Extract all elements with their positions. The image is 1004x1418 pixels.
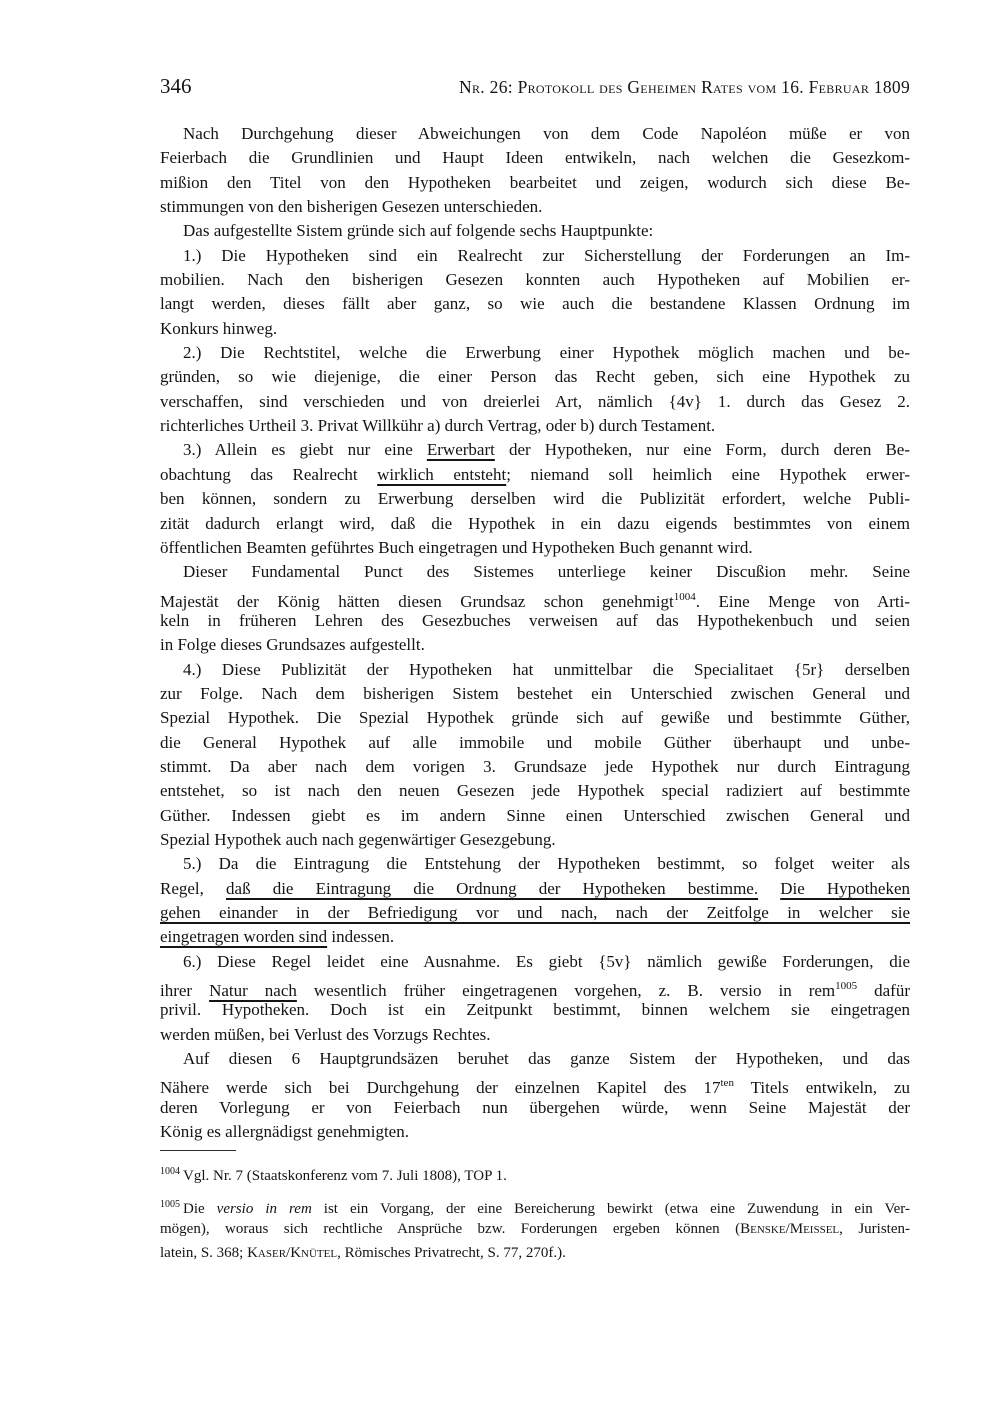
body-line: stimmungen von den bisherigen Gesezen un…	[160, 195, 910, 219]
text-segment: latein, S. 368;	[160, 1245, 247, 1261]
body-line: ben können, sondern zu Erwerbung derselb…	[160, 487, 910, 511]
body-line: Dieser Fundamental Punct des Sistemes un…	[160, 560, 910, 584]
body-line: in Folge dieses Grundsazes aufgestellt.	[160, 633, 910, 657]
book-page: 346 Nr. 26: Protokoll des Geheimen Rates…	[0, 0, 1004, 1418]
footnote-marker: 1005	[835, 980, 857, 992]
body-line: entstehet, so ist nach den neuen Gesezen…	[160, 779, 910, 803]
text-segment: obachtung das Realrecht	[160, 465, 377, 484]
text-segment: ; niemand soll heimlich eine Hypothek er…	[506, 465, 910, 484]
body-line: Regel, daß die Eintragung die Ordnung de…	[160, 877, 910, 901]
text-segment: Regel,	[160, 879, 226, 898]
text-segment: 4.) Diese Publizität der Hypotheken hat …	[183, 660, 910, 679]
text-segment: Majestät der König hätten diesen Grundsa…	[160, 592, 674, 611]
text-segment: Spezial Hypothek. Die Spezial Hypothek g…	[160, 708, 910, 727]
body-line: Feierbach die Grundlinien und Haupt Idee…	[160, 146, 910, 170]
footnote-separator	[160, 1150, 236, 1151]
body-line: gründen, so wie diejenige, die einer Per…	[160, 365, 910, 389]
text-segment: Benske	[740, 1221, 785, 1237]
underlined-text: wirklich entsteht	[377, 465, 506, 484]
text-segment: Das aufgestellte Sistem gründe sich auf …	[183, 221, 653, 240]
body-line: zur Folge. Nach dem bisherigen Sistem be…	[160, 682, 910, 706]
text-segment: 1.) Die Hypotheken sind ein Realrecht zu…	[183, 246, 910, 265]
text-segment: wesentlich früher eingetragenen vorgehen…	[297, 981, 835, 1000]
text-segment: zität dadurch erlangt wird, daß die Hypo…	[160, 514, 910, 533]
text-segment: , Juristen-	[839, 1221, 910, 1237]
text-segment: Nach Durchgehung dieser Abweichungen von…	[183, 124, 910, 143]
body-line: Spezial Hypothek auch nach gegenwärtiger…	[160, 828, 910, 852]
body-line: König es allergnädigst genehmigten.	[160, 1120, 910, 1144]
body-line: richterliches Urtheil 3. Privat Willkühr…	[160, 414, 910, 438]
text-segment: Nähere werde sich bei Durchgehung der ei…	[160, 1078, 721, 1097]
text-segment: Knütel	[290, 1245, 337, 1261]
text-segment: Titels entwikeln, zu	[734, 1078, 910, 1097]
body-line: 6.) Diese Regel leidet eine Ausnahme. Es…	[160, 950, 910, 974]
text-segment: verschaffen, sind verschieden und von dr…	[160, 392, 910, 411]
body-line: 1.) Die Hypotheken sind ein Realrecht zu…	[160, 244, 910, 268]
page-header: 346 Nr. 26: Protokoll des Geheimen Rates…	[160, 73, 910, 100]
text-segment: zur Folge. Nach dem bisherigen Sistem be…	[160, 684, 910, 703]
underlined-text: daß die Eintragung die Ordnung der Hypot…	[226, 879, 758, 898]
text-segment: Güther. Indessen giebt es im andern Sinn…	[160, 806, 910, 825]
text-segment: 6.) Diese Regel leidet eine Ausnahme. Es…	[183, 952, 910, 971]
text-segment: entstehet, so ist nach den neuen Gesezen…	[160, 781, 910, 800]
text-segment: dafür	[857, 981, 910, 1000]
body-line: eingetragen worden sind indessen.	[160, 925, 910, 949]
text-segment: der Hypotheken, nur eine Form, durch der…	[495, 440, 910, 459]
text-segment: 5.) Da die Eintragung die Entstehung der…	[183, 854, 910, 873]
text-segment: langt werden, dieses fällt aber ganz, so…	[160, 294, 910, 313]
body-line: mobilien. Nach den bisherigen Gesezen ko…	[160, 268, 910, 292]
text-segment: keln in früheren Lehren des Gesezbuches …	[160, 611, 910, 630]
body-line: 2.) Die Rechtstitel, welche die Erwerbun…	[160, 341, 910, 365]
body-line: Spezial Hypothek. Die Spezial Hypothek g…	[160, 706, 910, 730]
text-segment: Kaser	[247, 1245, 286, 1261]
body-line: 4.) Diese Publizität der Hypotheken hat …	[160, 658, 910, 682]
text-segment: 3.) Allein es giebt nur eine	[183, 440, 427, 459]
underlined-text: Erwerbart	[427, 440, 495, 459]
body-line: privil. Hypotheken. Doch ist ein Zeitpun…	[160, 998, 910, 1022]
body-line: 5.) Da die Eintragung die Entstehung der…	[160, 852, 910, 876]
text-segment: . Eine Menge von Arti-	[696, 592, 910, 611]
underlined-text: Natur nach	[209, 981, 297, 1000]
body-line: Das aufgestellte Sistem gründe sich auf …	[160, 219, 910, 243]
text-segment: stimmungen von den bisherigen Gesezen un…	[160, 197, 542, 216]
body-line: Nähere werde sich bei Durchgehung der ei…	[160, 1071, 910, 1095]
text-segment: König es allergnädigst genehmigten.	[160, 1122, 409, 1141]
text-segment: ben können, sondern zu Erwerbung derselb…	[160, 489, 910, 508]
body-line: werden müßen, bei Verlust des Vorzugs Re…	[160, 1023, 910, 1047]
footnote-marker: 1004	[674, 591, 696, 603]
body-text: Nach Durchgehung dieser Abweichungen von…	[160, 122, 910, 1144]
text-segment: Spezial Hypothek auch nach gegenwärtiger…	[160, 830, 556, 849]
footnotes: 1004Vgl. Nr. 7 (Staatskonferenz vom 7. J…	[160, 1160, 910, 1265]
body-line: Majestät der König hätten diesen Grundsa…	[160, 585, 910, 609]
text-segment: privil. Hypotheken. Doch ist ein Zeitpun…	[160, 1000, 910, 1019]
text-segment: 2.) Die Rechtstitel, welche die Erwerbun…	[183, 343, 910, 362]
text-segment: stimmt. Da aber nach dem vorigen 3. Grun…	[160, 757, 910, 776]
text-segment: richterliches Urtheil 3. Privat Willkühr…	[160, 416, 715, 435]
text-segment: versio in rem	[217, 1201, 312, 1217]
body-line: keln in früheren Lehren des Gesezbuches …	[160, 609, 910, 633]
text-segment: Meissel	[790, 1221, 839, 1237]
text-segment: mögen), woraus sich rechtliche Ansprüche…	[160, 1221, 740, 1237]
text-segment: gründen, so wie diejenige, die einer Per…	[160, 367, 910, 386]
body-line: die General Hypothek auf alle immobile u…	[160, 731, 910, 755]
footnote-marker: 1004	[160, 1166, 180, 1177]
body-line: mißion den Titel von den Hypotheken bear…	[160, 171, 910, 195]
text-segment: die General Hypothek auf alle immobile u…	[160, 733, 910, 752]
body-line: verschaffen, sind verschieden und von dr…	[160, 390, 910, 414]
text-segment	[758, 879, 780, 898]
text-segment: , Römisches Privatrecht, S. 77, 270f.).	[337, 1245, 566, 1261]
body-line: ihrer Natur nach wesentlich früher einge…	[160, 974, 910, 998]
text-segment: in Folge dieses Grundsazes aufgestellt.	[160, 635, 425, 654]
text-segment: mobilien. Nach den bisherigen Gesezen ko…	[160, 270, 910, 289]
footnote-line: latein, S. 368; Kaser/Knütel, Römisches …	[160, 1241, 910, 1265]
body-line: Nach Durchgehung dieser Abweichungen von…	[160, 122, 910, 146]
body-line: langt werden, dieses fällt aber ganz, so…	[160, 292, 910, 316]
footnote-line: 1005Die versio in rem ist ein Vorgang, d…	[160, 1193, 910, 1217]
text-segment: werden müßen, bei Verlust des Vorzugs Re…	[160, 1025, 491, 1044]
underlined-text: eingetragen worden sind	[160, 927, 327, 946]
text-segment: Vgl. Nr. 7 (Staatskonferenz vom 7. Juli …	[183, 1168, 507, 1184]
body-line: öffentlichen Beamten geführtes Buch eing…	[160, 536, 910, 560]
body-line: deren Vorlegung er von Feierbach nun übe…	[160, 1096, 910, 1120]
text-segment: ist ein Vorgang, der eine Bereicherung b…	[312, 1201, 910, 1217]
text-segment: Auf diesen 6 Hauptgrundsäzen beruhet das…	[183, 1049, 910, 1068]
body-line: Auf diesen 6 Hauptgrundsäzen beruhet das…	[160, 1047, 910, 1071]
running-title: Nr. 26: Protokoll des Geheimen Rates vom…	[459, 74, 910, 100]
body-line: stimmt. Da aber nach dem vorigen 3. Grun…	[160, 755, 910, 779]
footnote-marker: 1005	[160, 1199, 180, 1210]
footnote-line: 1004Vgl. Nr. 7 (Staatskonferenz vom 7. J…	[160, 1160, 910, 1184]
page-number: 346	[160, 73, 192, 99]
page-content: 346 Nr. 26: Protokoll des Geheimen Rates…	[160, 73, 910, 1265]
underlined-text: gehen einander in der Befriedigung vor u…	[160, 903, 910, 922]
text-segment: mißion den Titel von den Hypotheken bear…	[160, 173, 910, 192]
text-segment: Die	[183, 1201, 217, 1217]
text-segment: indessen.	[327, 927, 394, 946]
text-segment: deren Vorlegung er von Feierbach nun übe…	[160, 1098, 910, 1117]
text-segment: öffentlichen Beamten geführtes Buch eing…	[160, 538, 753, 557]
underlined-text: Die Hypotheken	[780, 879, 910, 898]
text-segment: ihrer	[160, 981, 209, 1000]
body-line: gehen einander in der Befriedigung vor u…	[160, 901, 910, 925]
footnote-marker: ten	[721, 1077, 734, 1089]
text-segment: Konkurs hinweg.	[160, 319, 277, 338]
body-line: Konkurs hinweg.	[160, 317, 910, 341]
footnote-line: mögen), woraus sich rechtliche Ansprüche…	[160, 1217, 910, 1241]
text-segment: Dieser Fundamental Punct des Sistemes un…	[183, 562, 910, 581]
body-line: obachtung das Realrecht wirklich entsteh…	[160, 463, 910, 487]
text-segment: Feierbach die Grundlinien und Haupt Idee…	[160, 148, 910, 167]
body-line: zität dadurch erlangt wird, daß die Hypo…	[160, 512, 910, 536]
body-line: 3.) Allein es giebt nur eine Erwerbart d…	[160, 438, 910, 462]
body-line: Güther. Indessen giebt es im andern Sinn…	[160, 804, 910, 828]
